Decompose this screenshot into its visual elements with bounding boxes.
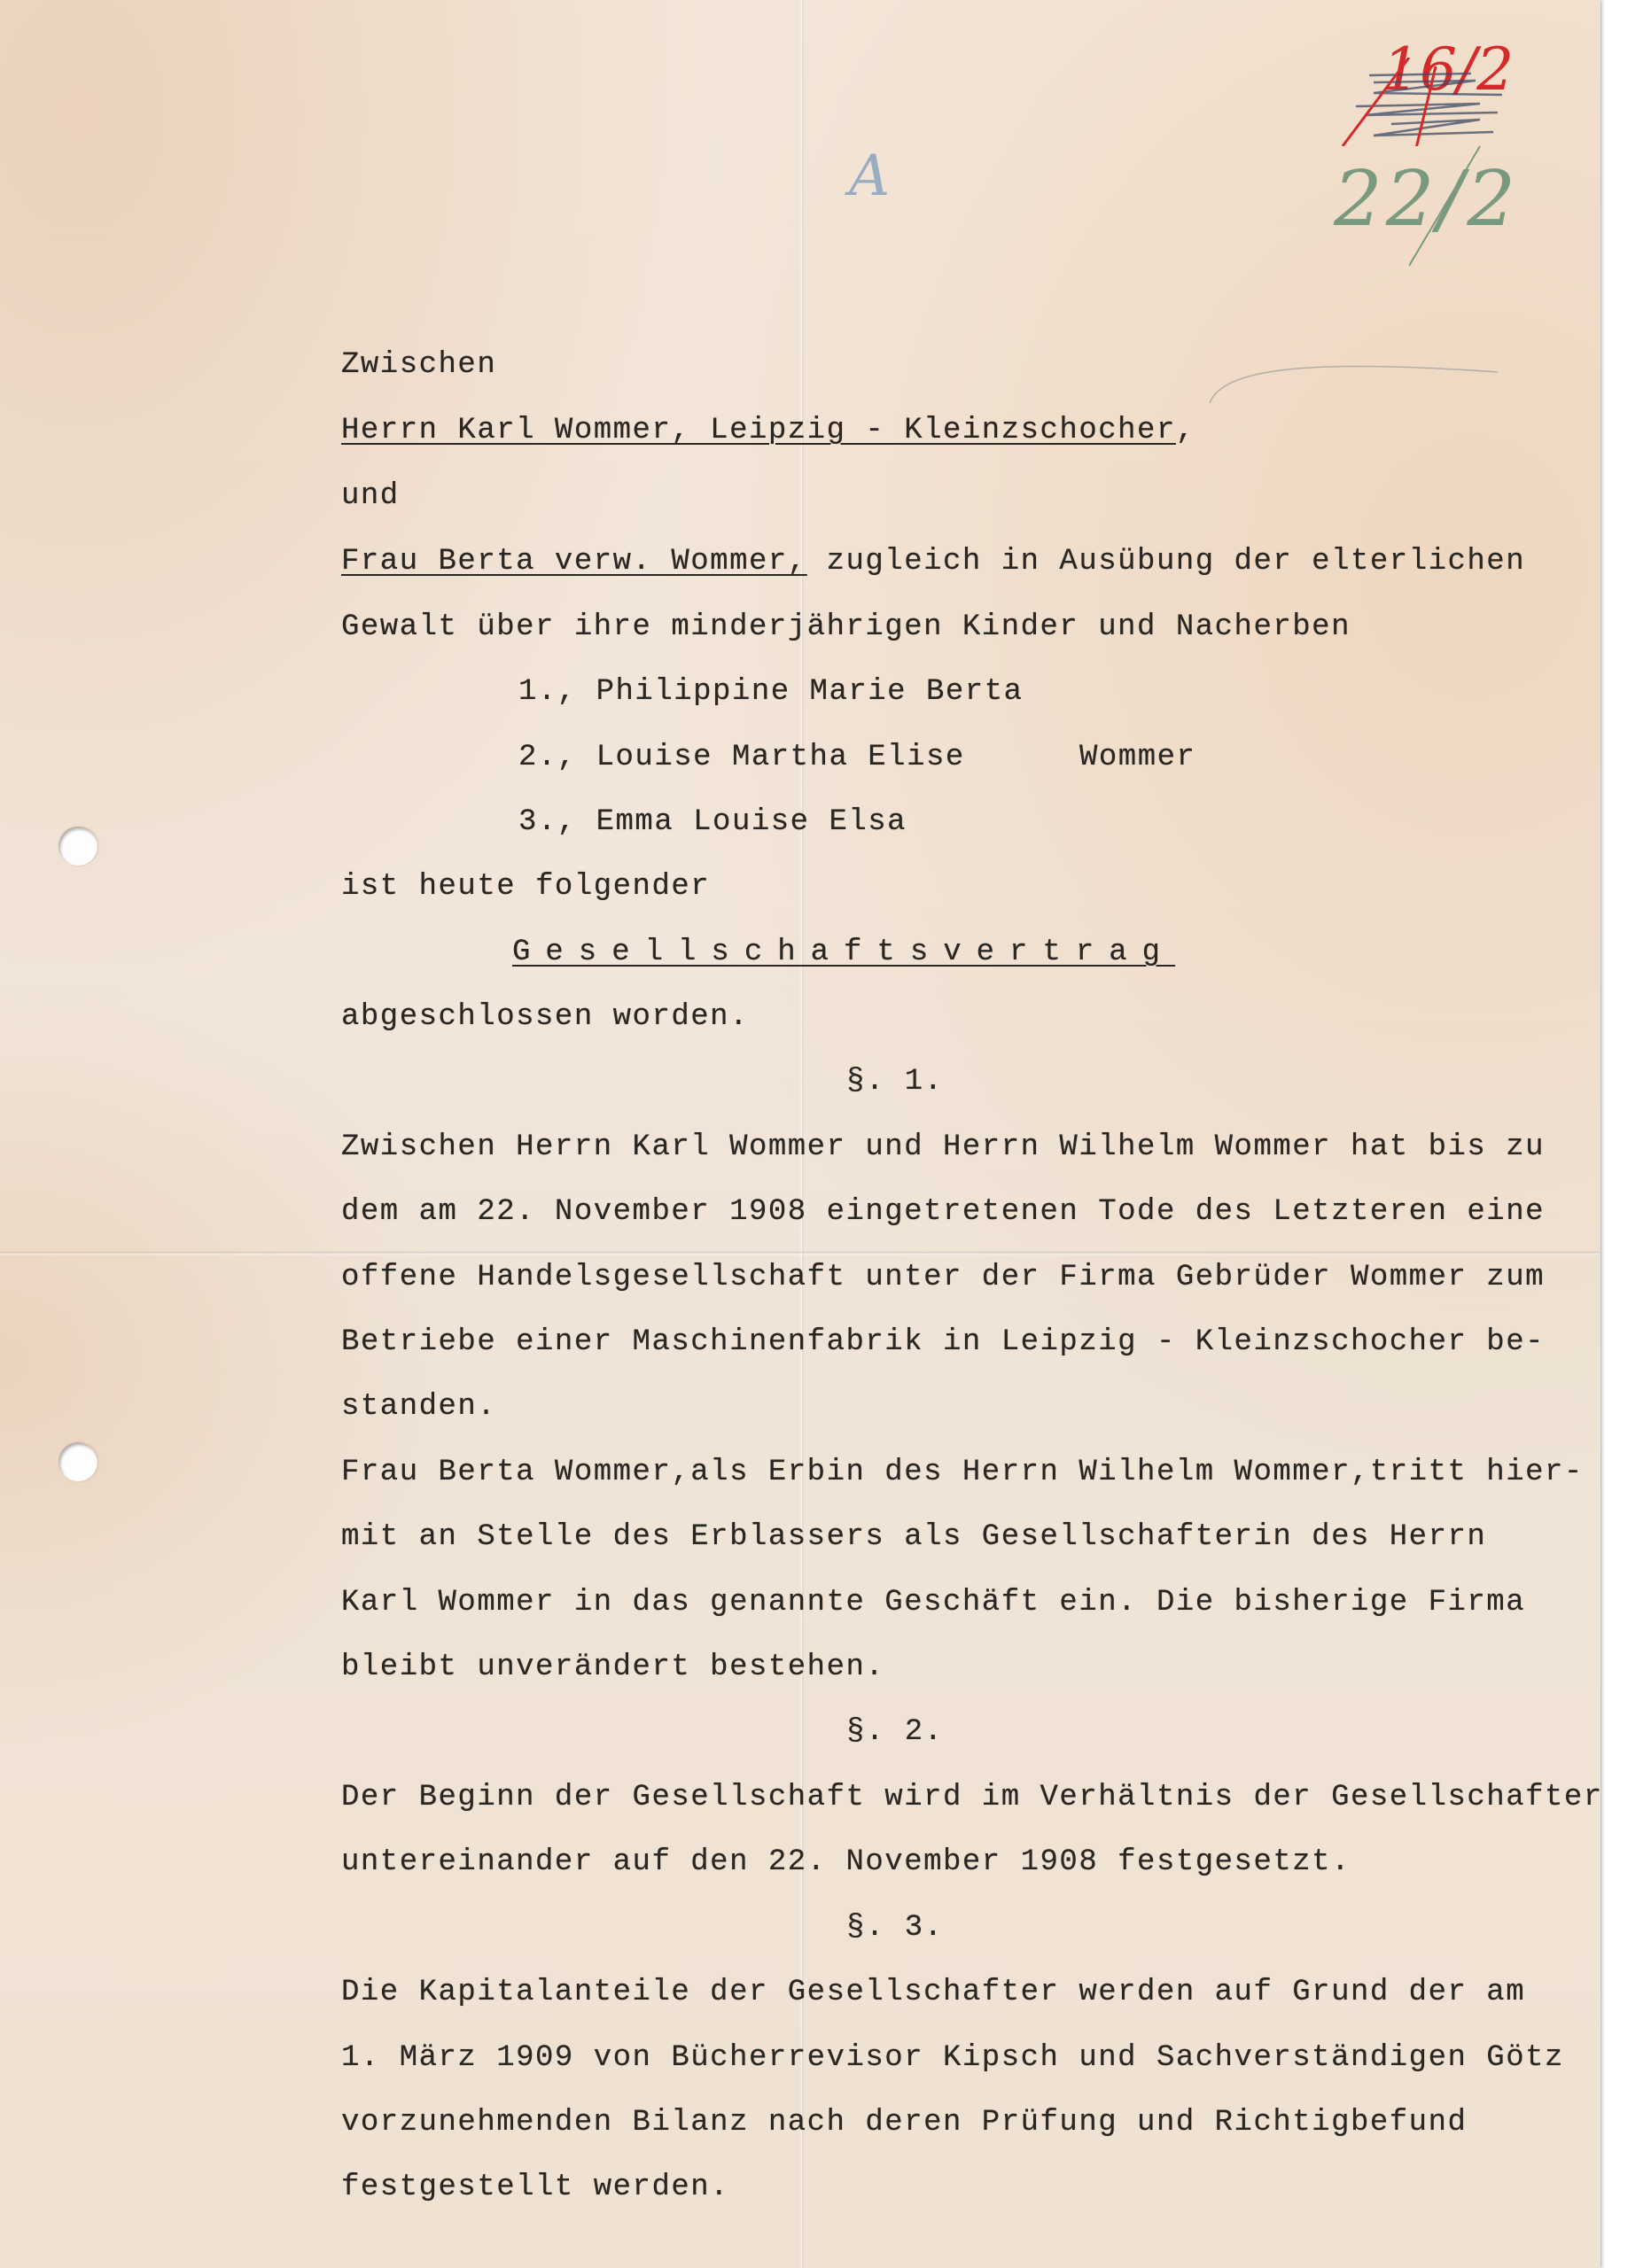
horizontal-fold-crease bbox=[0, 1251, 1600, 1255]
section-2-heading: §. 2. bbox=[846, 1714, 944, 1750]
section-3-heading: §. 3. bbox=[846, 1910, 944, 1946]
child-number: 2., bbox=[518, 741, 577, 774]
preamble-closing: abgeschlossen worden. bbox=[341, 999, 749, 1035]
reference-slash-icon bbox=[1409, 142, 1515, 275]
child-number: 1., bbox=[518, 675, 577, 709]
party1-name: Herrn Karl Wommer, Leipzig - Kleinzschoc… bbox=[341, 414, 1176, 447]
child-3: 3., Emma Louise Elsa bbox=[518, 804, 907, 840]
section-3-line: 1. März 1909 von Bücherrevisor Kipsch un… bbox=[341, 2040, 1564, 2076]
closing-intro: ist heute folgender bbox=[341, 869, 710, 905]
document-page: A 16/2 22/2 Zwischen Herrn Karl Wommer, … bbox=[0, 0, 1600, 2268]
party2-name: Frau Berta verw. Wommer, bbox=[341, 545, 807, 579]
section-1-heading: §. 1. bbox=[846, 1064, 944, 1099]
punch-hole-bottom bbox=[58, 1442, 97, 1481]
child-name: Emma Louise Elsa bbox=[596, 805, 907, 839]
section-1-line: Karl Wommer in das genannte Geschäft ein… bbox=[341, 1585, 1525, 1620]
preamble-opening: Zwischen bbox=[341, 347, 496, 383]
handwritten-letter-mark: A bbox=[849, 144, 890, 209]
section-2-line: Der Beginn der Gesellschaft wird im Verh… bbox=[341, 1780, 1603, 1815]
section-3-line: vorzunehmenden Bilanz nach deren Prüfung… bbox=[341, 2105, 1467, 2140]
section-3-line: Die Kapitalanteile der Gesellschafter we… bbox=[341, 1975, 1525, 2010]
pencil-stroke-mark bbox=[1205, 350, 1507, 412]
section-1-line: bleibt unverändert bestehen. bbox=[341, 1650, 884, 1685]
party1-trailing: , bbox=[1176, 414, 1195, 447]
section-1-line: offene Handelsgesellschaft unter der Fir… bbox=[341, 1260, 1545, 1295]
child-name: Philippine Marie Berta bbox=[596, 675, 1024, 709]
child-1: 1., Philippine Marie Berta bbox=[518, 674, 1024, 710]
child-number: 3., bbox=[518, 805, 577, 839]
guardianship-line: Gewalt über ihre minderjährigen Kinder u… bbox=[341, 610, 1351, 645]
strikethrough-scribble-icon bbox=[1338, 58, 1507, 146]
section-1-line: mit an Stelle des Erblassers als Gesells… bbox=[341, 1519, 1486, 1555]
party1-line: Herrn Karl Wommer, Leipzig - Kleinzschoc… bbox=[341, 413, 1195, 448]
section-1-line: standen. bbox=[341, 1389, 496, 1425]
party2-rest: zugleich in Ausübung der elterlichen bbox=[807, 545, 1525, 579]
section-1-line: Betriebe einer Maschinenfabrik in Leipzi… bbox=[341, 1324, 1545, 1360]
section-3-line: festgestellt werden. bbox=[341, 2170, 729, 2205]
preamble-conjunction: und bbox=[341, 478, 400, 514]
contract-title: Gesellschaftsvertrag bbox=[512, 935, 1175, 970]
section-1-line: Frau Berta Wommer,als Erbin des Herrn Wi… bbox=[341, 1455, 1584, 1490]
party2-line: Frau Berta verw. Wommer, zugleich in Aus… bbox=[341, 544, 1525, 579]
section-1-line: Zwischen Herrn Karl Wommer und Herrn Wil… bbox=[341, 1130, 1545, 1165]
section-2-line: untereinander auf den 22. November 1908 … bbox=[341, 1845, 1351, 1880]
punch-hole-top bbox=[58, 827, 97, 866]
child-name: Louise Martha Elise bbox=[596, 741, 965, 774]
child-2: 2., Louise Martha Elise bbox=[518, 740, 965, 775]
children-surname: Wommer bbox=[1079, 740, 1195, 775]
section-1-line: dem am 22. November 1908 eingetretenen T… bbox=[341, 1194, 1545, 1230]
